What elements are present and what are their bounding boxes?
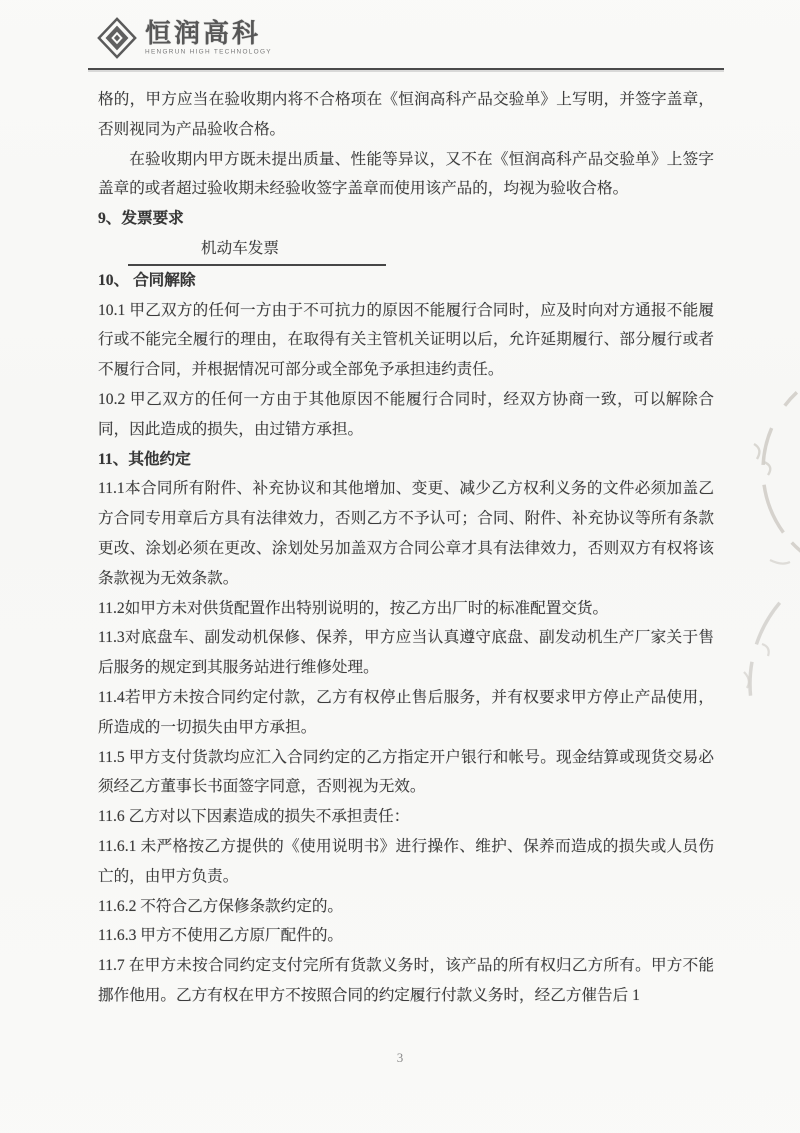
contract-paragraph: 11.6.3 甲方不使用乙方原厂配件的。	[98, 921, 714, 951]
contract-paragraph: 11.6.2 不符合乙方保修条款约定的。	[98, 892, 714, 922]
contract-paragraph: 11.3对底盘车、副发动机保修、保养，甲方应当认真遵守底盘、副发动机生产厂家关于…	[98, 623, 714, 683]
contract-paragraph: 11.7 在甲方未按合同约定支付完所有货款义务时，该产品的所有权归乙方所有。甲方…	[98, 951, 714, 1011]
contract-paragraph: 在验收期内甲方既未提出质量、性能等异议，又不在《恒润高科产品交验单》上签字盖章的…	[98, 145, 714, 205]
company-name-cn: 恒润高科	[145, 20, 283, 46]
company-logo-text: 恒润高科 HENGRUN HIGH TECHNOLOGY	[145, 20, 283, 56]
contract-paragraph: 格的，甲方应当在验收期内将不合格项在《恒润高科产品交验单》上写明，并签字盖章，否…	[98, 85, 714, 145]
contract-paragraph: 10、 合同解除	[98, 266, 714, 296]
faint-round-seal	[704, 382, 800, 732]
page-number: 3	[397, 1050, 404, 1065]
page-footer: 3	[0, 1050, 800, 1066]
contract-paragraph: 10.2 甲乙双方的任何一方由于其他原因不能履行合同时，经双方协商一致，可以解除…	[98, 385, 714, 445]
contract-paragraph: 9、发票要求	[98, 204, 714, 234]
contract-paragraph: 机动车发票	[128, 234, 386, 266]
company-logo-icon	[96, 16, 138, 60]
contract-paragraph: 11.2如甲方未对供货配置作出特别说明的，按乙方出厂时的标准配置交货。	[98, 594, 714, 624]
page-header: 恒润高科 HENGRUN HIGH TECHNOLOGY	[96, 16, 283, 60]
contract-paragraph: 11.1本合同所有附件、补充协议和其他增加、变更、减少乙方权利义务的文件必须加盖…	[98, 474, 714, 593]
contract-paragraph: 11.5 甲方支付货款均应汇入合同约定的乙方指定开户银行和帐号。现金结算或现货交…	[98, 743, 714, 803]
contract-paragraph: 11.6 乙方对以下因素造成的损失不承担责任：	[98, 802, 714, 832]
scanned-contract-page: 恒润高科 HENGRUN HIGH TECHNOLOGY 格的，甲方应当在验收期…	[0, 0, 800, 1133]
contract-paragraph: 10.1 甲乙双方的任何一方由于不可抗力的原因不能履行合同时，应及时向对方通报不…	[98, 296, 714, 385]
contract-paragraph: 11.4若甲方未按合同约定付款，乙方有权停止售后服务，并有权要求甲方停止产品使用…	[98, 683, 714, 743]
company-name-en: HENGRUN HIGH TECHNOLOGY	[145, 49, 272, 55]
contract-paragraph: 11.6.1 未严格按乙方提供的《使用说明书》进行操作、维护、保养而造成的损失或…	[98, 832, 714, 892]
contract-paragraph: 11、其他约定	[98, 445, 714, 475]
contract-body: 格的，甲方应当在验收期内将不合格项在《恒润高科产品交验单》上写明，并签字盖章，否…	[98, 85, 714, 1011]
header-divider	[88, 68, 724, 70]
